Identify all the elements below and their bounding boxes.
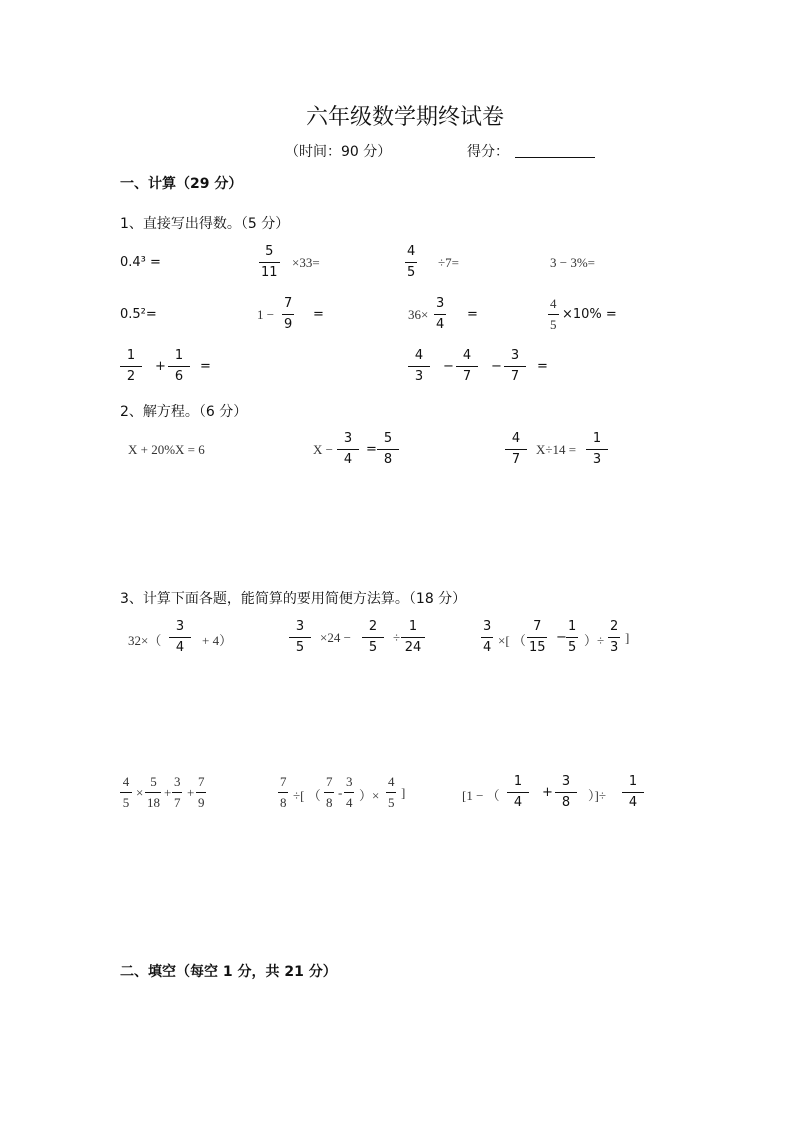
fraction: 47	[505, 431, 527, 468]
question-heading-3: 3、计算下面各题，能简算的要用简便方法算。（18 分）	[120, 588, 466, 608]
score-blank[interactable]	[515, 157, 595, 158]
expr-mid: ÷	[393, 630, 400, 646]
fraction: 79	[282, 296, 294, 333]
expr-mid: ×24 −	[320, 630, 351, 646]
expr-tail: ÷7=	[438, 255, 459, 271]
score-label: 得分：	[467, 141, 509, 161]
expr-mid: ÷[ （	[293, 785, 321, 804]
fraction: 45	[386, 774, 397, 811]
fraction: 79	[196, 774, 207, 811]
operator: +	[187, 785, 194, 801]
expr-head: X −	[313, 442, 333, 458]
question-heading-2: 2、解方程。（6 分）	[120, 401, 247, 421]
expr-3-minus-3pct: 3 − 3%=	[550, 255, 595, 271]
fraction: 78	[324, 774, 335, 811]
fraction: 34	[481, 619, 493, 656]
expr-tail: + 4）	[202, 630, 232, 649]
operator: +	[164, 785, 171, 801]
expr-tail: =	[200, 359, 211, 374]
fraction: 34	[337, 431, 359, 468]
expr-head: 36×	[408, 307, 428, 323]
expr-head: [1 − （	[462, 785, 500, 804]
operator: +	[155, 359, 166, 374]
fraction: 23	[608, 619, 620, 656]
fraction: 715	[527, 619, 548, 656]
expr-tail: ×10% =	[562, 307, 617, 322]
fraction: 45	[548, 296, 559, 333]
fraction: 511	[259, 244, 280, 281]
operator: +	[542, 785, 553, 800]
question-heading-1: 1、直接写出得数。（5 分）	[120, 213, 289, 233]
expr-tail: ]	[625, 630, 629, 646]
fraction: 38	[555, 774, 577, 811]
fraction: 14	[622, 774, 644, 811]
operator: −	[491, 359, 502, 374]
expr-mid: ）×	[359, 785, 379, 804]
expr-0.4-cubed: 0.4³ =	[120, 255, 161, 270]
expr-mid: ）÷	[584, 630, 604, 649]
operator: -	[338, 785, 342, 801]
expr-mid: ）]÷	[588, 785, 606, 804]
expr-tail: ]	[401, 785, 405, 801]
fraction: 25	[362, 619, 384, 656]
expr-head: 1 −	[257, 307, 274, 323]
fraction: 124	[401, 619, 425, 656]
expr-0.5-squared: 0.5²=	[120, 307, 157, 322]
operator: −	[443, 359, 454, 374]
fraction: 34	[344, 774, 355, 811]
expr-tail: =	[467, 307, 478, 322]
fraction: 78	[278, 774, 289, 811]
fraction: 15	[566, 619, 578, 656]
expr-mid: X÷14 =	[536, 442, 576, 458]
fraction: 34	[434, 296, 446, 333]
fraction: 14	[507, 774, 529, 811]
fraction: 45	[120, 774, 132, 811]
exam-time: （时间：90 分）	[285, 141, 391, 161]
equation-1: X + 20%X = 6	[128, 442, 205, 458]
section-title-calc: 一、计算（29 分）	[120, 173, 242, 193]
fraction: 34	[169, 619, 191, 656]
fraction: 518	[145, 774, 162, 811]
fraction: 35	[289, 619, 311, 656]
fraction: 13	[586, 431, 608, 468]
fraction: 37	[172, 774, 183, 811]
fraction: 16	[168, 348, 190, 385]
expr-tail: =	[537, 359, 548, 374]
expr-tail: ×33=	[292, 255, 320, 271]
fraction: 12	[120, 348, 142, 385]
expr-mid: ×[ （	[498, 630, 526, 649]
fraction: 43	[408, 348, 430, 385]
fraction: 58	[377, 431, 399, 468]
section-title-fill-blank: 二、填空（每空 1 分，共 21 分）	[120, 961, 337, 981]
fraction: 47	[456, 348, 478, 385]
expr-tail: =	[313, 307, 324, 322]
operator: =	[366, 442, 377, 457]
fraction: 45	[405, 244, 417, 281]
operator: ×	[136, 785, 143, 801]
fraction: 37	[504, 348, 526, 385]
expr-head: 32×（	[128, 630, 161, 649]
